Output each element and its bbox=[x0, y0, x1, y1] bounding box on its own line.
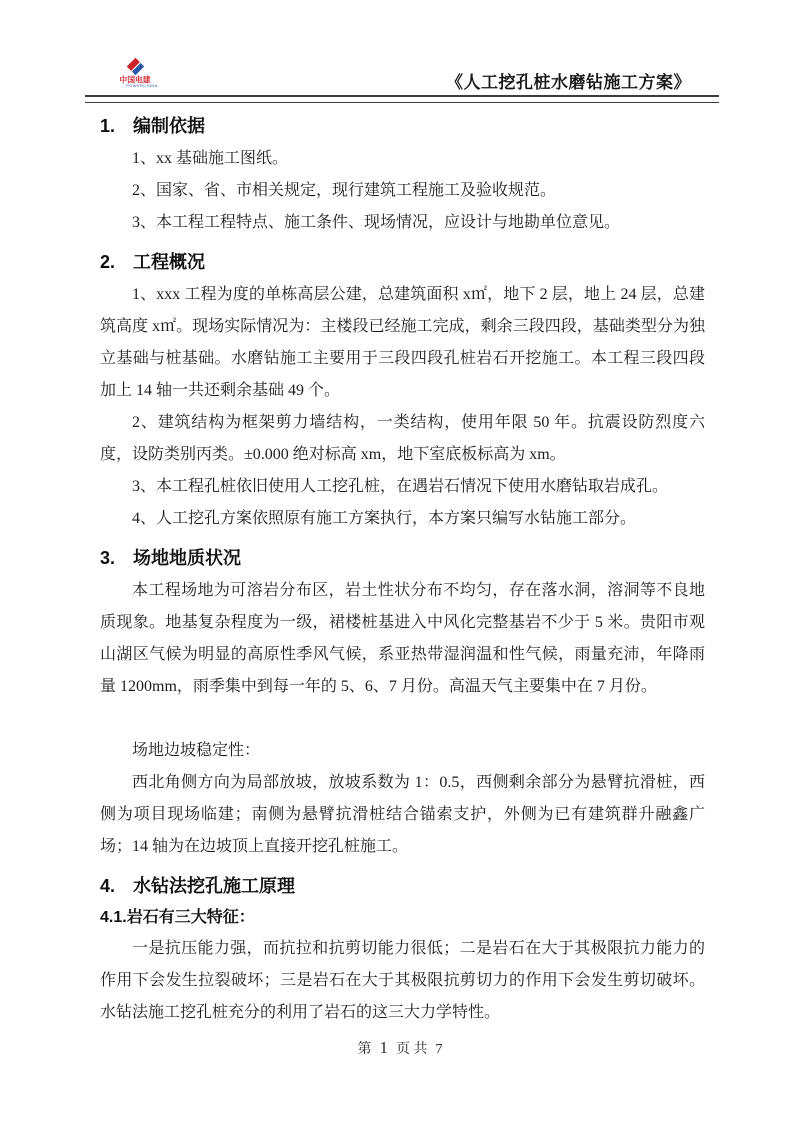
section-number: 1. bbox=[100, 113, 133, 139]
powerchina-diamond-icon bbox=[126, 57, 145, 76]
section-heading-2: 2. 工程概况 bbox=[100, 249, 705, 275]
page-header: 中国电建 POWERCHINA 《人工挖孔桩水磨钻施工方案》 bbox=[100, 50, 705, 94]
footer-label-of: 页 共 bbox=[396, 1042, 428, 1057]
paragraph: 本工程场地为可溶岩分布区，岩土性状分布不均匀，存在落水洞，溶洞等不良地质现象。地… bbox=[100, 575, 705, 703]
section-title: 水钻法挖孔施工原理 bbox=[133, 873, 295, 899]
subsection-heading-4-1: 4.1.岩石有三大特征： bbox=[100, 903, 705, 933]
section-title: 场地地质状况 bbox=[133, 545, 241, 571]
header-divider bbox=[85, 95, 719, 103]
document-title: 《人工挖孔桩水磨钻施工方案》 bbox=[446, 68, 705, 94]
paragraph: 一是抗压能力强，而抗拉和抗剪切能力很低；二是岩石在大于其极限抗力能力的作用下会发… bbox=[100, 933, 705, 1029]
paragraph: 3、本工程孔桩依旧使用人工挖孔桩，在遇岩石情况下使用水磨钻取岩成孔。 bbox=[100, 471, 705, 503]
footer-total-pages: 7 bbox=[436, 1042, 443, 1057]
section-number: 4. bbox=[100, 873, 133, 899]
page-footer: 第1页 共7 bbox=[0, 1038, 800, 1058]
powerchina-logo: 中国电建 POWERCHINA bbox=[113, 57, 157, 94]
footer-label-page: 第 bbox=[358, 1042, 372, 1057]
section-heading-3: 3. 场地地质状况 bbox=[100, 545, 705, 571]
section-title: 工程概况 bbox=[133, 249, 205, 275]
blank-line bbox=[100, 703, 705, 735]
footer-page-number: 1 bbox=[380, 1038, 389, 1057]
section-number: 2. bbox=[100, 249, 133, 275]
paragraph: 1、xx 基础施工图纸。 bbox=[100, 143, 705, 175]
section-number: 3. bbox=[100, 545, 133, 571]
document-page: 中国电建 POWERCHINA 《人工挖孔桩水磨钻施工方案》 1. 编制依据 1… bbox=[0, 0, 800, 1029]
paragraph: 3、本工程工程特点、施工条件、现场情况，应设计与地勘单位意见。 bbox=[100, 207, 705, 239]
paragraph: 2、国家、省、市相关规定，现行建筑工程施工及验收规范。 bbox=[100, 175, 705, 207]
section-heading-1: 1. 编制依据 bbox=[100, 113, 705, 139]
paragraph: 2、建筑结构为框架剪力墙结构，一类结构，使用年限 50 年。抗震设防烈度六度，设… bbox=[100, 407, 705, 471]
paragraph: 西北角侧方向为局部放坡，放坡系数为 1：0.5，西侧剩余部分为悬臂抗滑桩，西侧为… bbox=[100, 767, 705, 863]
paragraph: 1、xxx 工程为度的单栋高层公建，总建筑面积 x㎡，地下 2 层，地上 24 … bbox=[100, 279, 705, 407]
logo-name-en: POWERCHINA bbox=[126, 84, 144, 88]
section-heading-4: 4. 水钻法挖孔施工原理 bbox=[100, 873, 705, 899]
paragraph: 4、人工挖孔方案依照原有施工方案执行，本方案只编写水钻施工部分。 bbox=[100, 503, 705, 535]
section-title: 编制依据 bbox=[133, 113, 205, 139]
paragraph: 场地边坡稳定性： bbox=[100, 735, 705, 767]
